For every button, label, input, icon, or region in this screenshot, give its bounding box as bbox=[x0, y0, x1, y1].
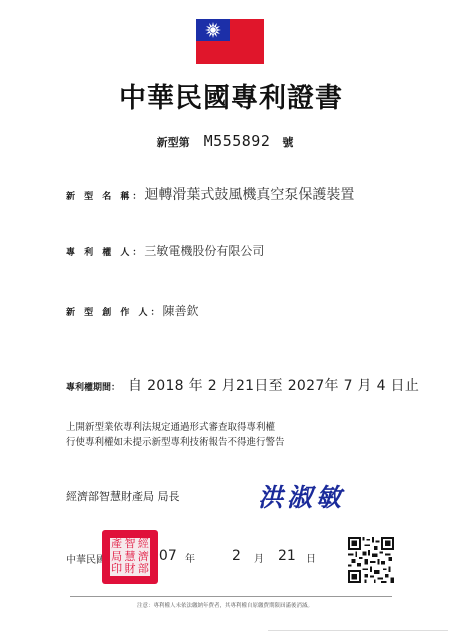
patent-number-suffix: 號 bbox=[282, 136, 293, 149]
roc-flag bbox=[196, 19, 264, 64]
seal-char: 財 bbox=[123, 563, 136, 576]
seal-char: 部 bbox=[137, 563, 150, 576]
field-value: 迴轉滑葉式鼓風機真空泵保護裝置 bbox=[144, 187, 354, 203]
seal-char: 經 bbox=[137, 538, 150, 551]
date-day-label: 日 bbox=[306, 550, 316, 565]
term-value: 自 2018 年 2 月21日至 2027年 7 月 4 日止 bbox=[128, 378, 419, 394]
footer-divider bbox=[70, 596, 392, 597]
seal-inscription: 產 智 經 局 慧 濟 印 財 部 bbox=[110, 538, 150, 576]
flag-canton bbox=[196, 19, 230, 41]
date-month-label: 月 bbox=[254, 550, 264, 565]
patent-number-prefix: 新型第 bbox=[157, 136, 190, 149]
date-month: 2 bbox=[232, 548, 241, 564]
date-year-label: 年 bbox=[185, 550, 195, 565]
field-label: 專 利 權 人： bbox=[66, 248, 144, 258]
field-label: 新 型 創 作 人： bbox=[66, 308, 163, 318]
notice-text: 上開新型業依專利法規定通過形式審查取得專利權 行使專利權如未提示新型專利技術報告… bbox=[66, 420, 285, 450]
official-seal: 產 智 經 局 慧 濟 印 財 部 bbox=[102, 530, 158, 584]
date-day: 21 bbox=[278, 548, 296, 564]
creator-field: 新 型 創 作 人：陳善欽 bbox=[66, 302, 199, 319]
seal-char: 印 bbox=[110, 563, 123, 576]
field-value: 三敏電機股份有限公司 bbox=[144, 244, 264, 258]
director-title: 經濟部智慧財產局 局長 bbox=[66, 488, 180, 504]
date-era: 中華民國 bbox=[66, 551, 106, 566]
seal-char: 智 bbox=[123, 538, 136, 551]
certificate-title: 中華民國專利證書 bbox=[0, 76, 450, 115]
notice-line-1: 上開新型業依專利法規定通過形式審查取得專利權 bbox=[66, 420, 285, 435]
patent-term-field: 專利權期間：自 2018 年 2 月21日至 2027年 7 月 4 日止 bbox=[66, 375, 419, 395]
bottom-edge-line bbox=[268, 630, 448, 631]
director-signature: 洪淑敏 bbox=[258, 478, 345, 514]
patent-number-line: 新型第M555892號 bbox=[0, 132, 450, 150]
footer-note: 注意：專利權人未依法繳納年費者，其專利權自原繳費期限屆滿後消滅。 bbox=[0, 601, 450, 609]
white-sun-icon bbox=[205, 22, 221, 38]
utility-model-name-field: 新 型 名 稱：迴轉滑葉式鼓風機真空泵保護裝置 bbox=[66, 184, 354, 204]
qr-code-icon bbox=[348, 537, 394, 583]
patent-number: M555892 bbox=[204, 132, 271, 150]
issue-date: 中華民國 107 年 2 月 21 日 bbox=[66, 551, 106, 566]
field-label: 新 型 名 稱： bbox=[66, 192, 144, 202]
term-label: 專利權期間： bbox=[66, 383, 120, 393]
notice-line-2: 行使專利權如未提示新型專利技術報告不得進行警告 bbox=[66, 435, 285, 450]
patentee-field: 專 利 權 人：三敏電機股份有限公司 bbox=[66, 242, 264, 259]
field-value: 陳善欽 bbox=[163, 304, 199, 318]
seal-char: 產 bbox=[110, 538, 123, 551]
